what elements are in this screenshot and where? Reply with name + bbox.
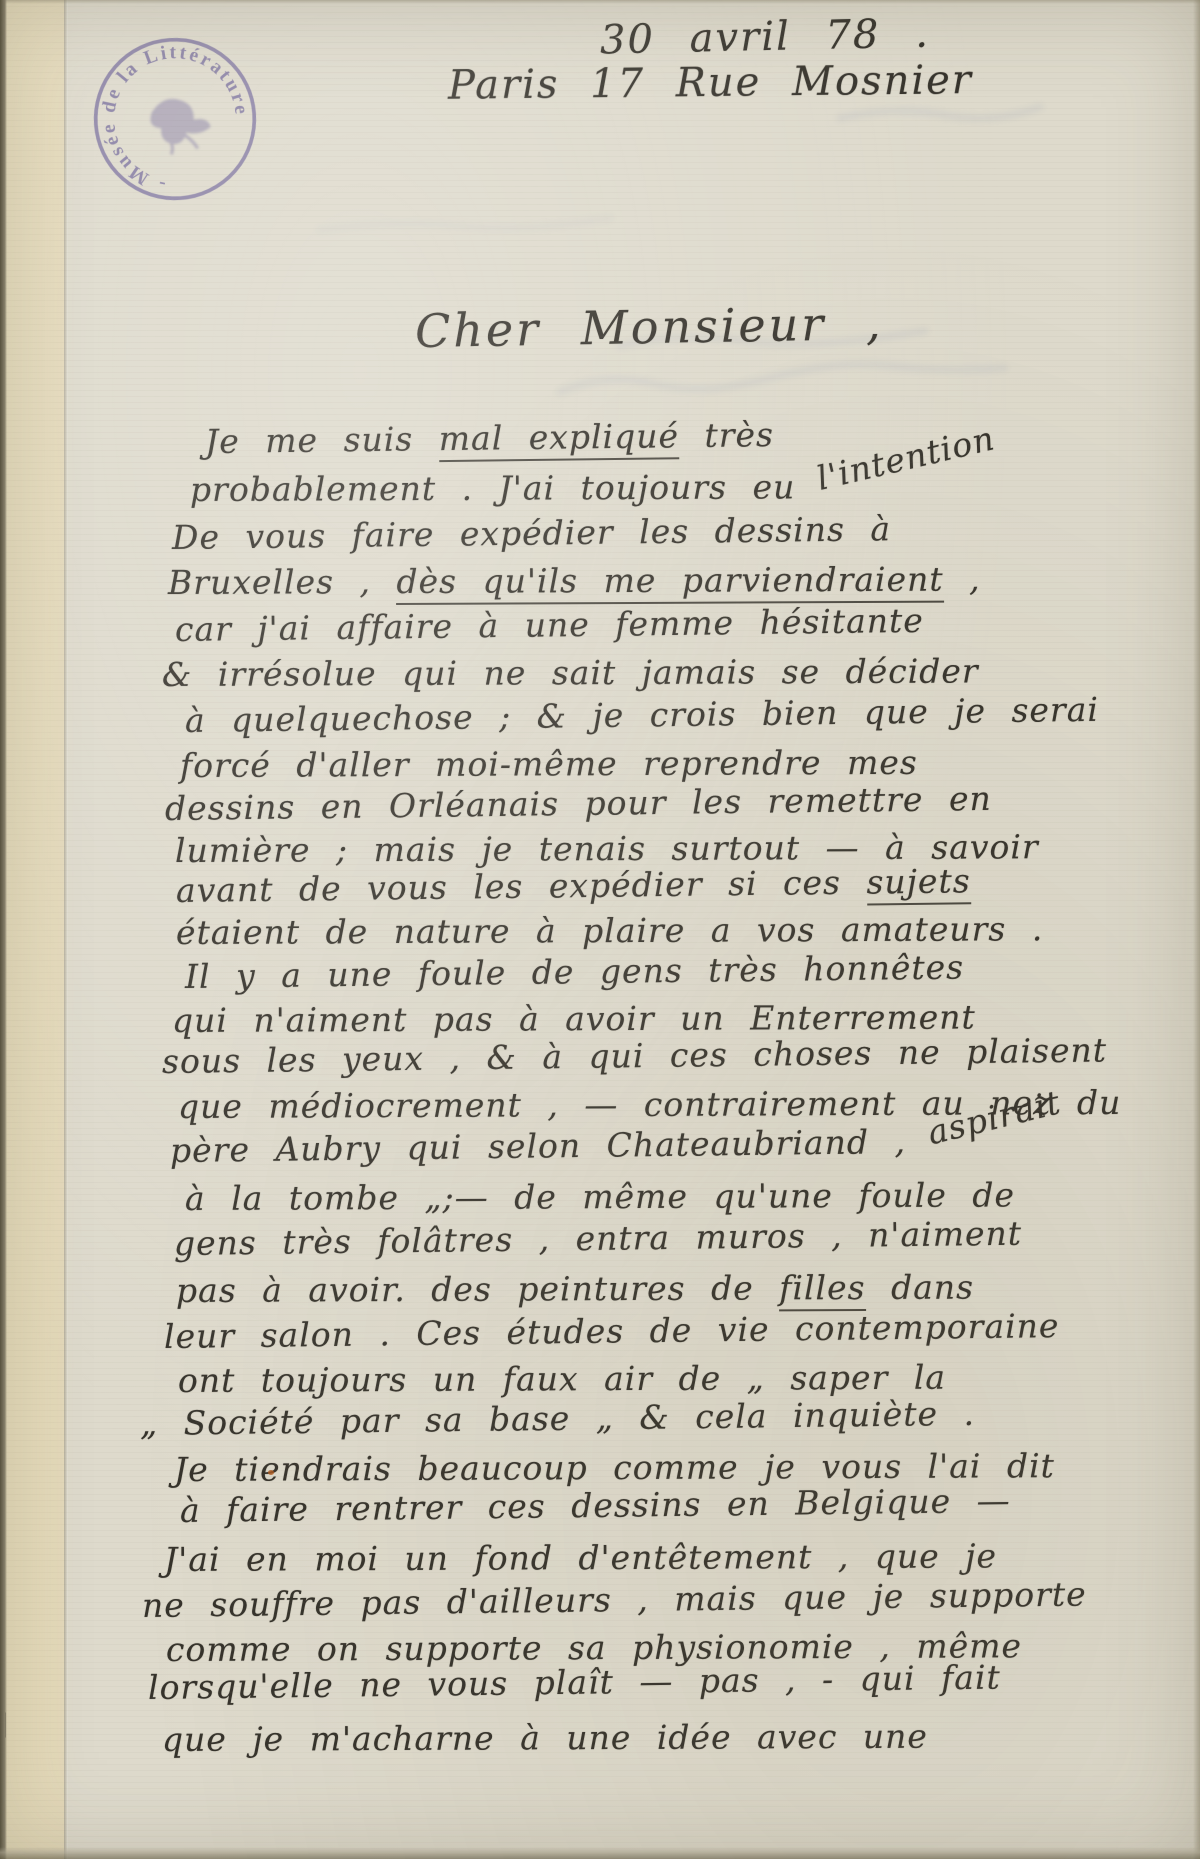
handwritten-text: De vous faire expédier les dessins à <box>172 509 892 557</box>
handwritten-text: pas à avoir. des peintures de <box>176 1268 779 1310</box>
right-edge-shadow <box>1193 0 1200 1859</box>
letter-line: Il y a une foule de gens très honnêtes <box>185 950 965 993</box>
handwritten-text: avant de vous les expédier si ces <box>176 863 867 910</box>
handwritten-text: que je m'acharne à une idée avec une <box>162 1717 928 1759</box>
letter-line: Bruxelles , dès qu'ils me parviendraient… <box>168 562 981 599</box>
handwritten-text: , <box>943 559 980 598</box>
handwritten-text: Bruxelles , <box>168 562 397 602</box>
letter-line: père Aubry qui selon Chateaubriand , asp… <box>170 1123 1067 1167</box>
letter-line: Je me suis mal expliqué très <box>205 418 774 458</box>
letter-line: leur salon . Ces études de vie contempor… <box>164 1309 1060 1353</box>
letter-line: & irrésolue qui ne sait jamais se décide… <box>162 654 979 691</box>
handwritten-text: dessins en Orléanais pour les remettre e… <box>165 779 992 828</box>
letter-line: car j'ai affaire à une femme hésitante <box>175 604 924 646</box>
handwritten-text: père Aubry qui selon Chateaubriand , <box>170 1122 932 1170</box>
letter-line: probablement . J'ai toujours eu l'intent… <box>190 469 1002 506</box>
underlined-text: dès qu'ils me parviendraient <box>396 560 943 605</box>
handwritten-text: dans <box>865 1268 974 1307</box>
underlined-text: sujets <box>866 861 971 905</box>
underlined-text: mal expliqué <box>438 416 679 462</box>
backing-sheet <box>0 0 64 1859</box>
letter-line: à quelquechose ; & je crois bien que je … <box>185 693 1099 737</box>
handwritten-text: „ Société par sa base „ & cela inquiète … <box>140 1394 975 1443</box>
letter-line: pas à avoir. des peintures de filles dan… <box>176 1271 974 1307</box>
address-line: Paris 17 Rue Mosnier <box>448 57 973 108</box>
ink-speck <box>268 1470 274 1475</box>
salutation: Cher Monsieur , <box>415 296 884 358</box>
museum-stamp: - Musée de la Littérature <box>65 9 285 229</box>
letter-scan: - Musée de la Littérature 30 avril 78 . … <box>0 0 1200 1859</box>
handwritten-text: J'ai en moi un fond d'entêtement , que j… <box>164 1536 997 1579</box>
handwritten-text: & irrésolue qui ne sait jamais se décide… <box>162 651 979 694</box>
handwritten-text: ont toujours un faux air de „ saper la <box>178 1358 946 1400</box>
letter-line: ont toujours un faux air de „ saper la <box>178 1361 946 1397</box>
letter-line: à faire rentrer ces dessins en Belgique … <box>180 1484 1011 1527</box>
letter-line: Je tiendrais beaucoup comme je vous l'ai… <box>174 1449 1055 1486</box>
handwritten-text: car j'ai affaire à une femme hésitante <box>175 601 924 649</box>
handwritten-text: à la tombe „;— de même qu'une foule de <box>185 1175 1015 1218</box>
underlined-text: filles <box>779 1268 866 1311</box>
letter-line: sous les yeux , & à qui ces choses ne pl… <box>162 1033 1107 1078</box>
letter-line: „ Société par sa base „ & cela inquiète … <box>140 1397 975 1440</box>
letter-line: forcé d'aller moi-même reprendre mes <box>180 746 918 782</box>
letter-line: J'ai en moi un fond d'entêtement , que j… <box>164 1539 997 1576</box>
handwritten-text: Il y a une foule de gens très honnêtes <box>185 947 965 996</box>
handwritten-text: très <box>679 415 774 455</box>
date-line: 30 avril 78 . <box>600 11 931 64</box>
letter-line: à la tombe „;— de même qu'une foule de <box>185 1178 1015 1215</box>
handwritten-text: Je me suis <box>205 419 439 461</box>
letter-line: dessins en Orléanais pour les remettre e… <box>165 782 992 825</box>
letter-line: De vous faire expédier les dessins à <box>172 512 891 554</box>
handwritten-text: gens très folâtres , entra muros , n'aim… <box>174 1214 1022 1263</box>
handwritten-text: l'intention <box>813 421 997 495</box>
letter-line: avant de vous les expédier si ces sujets <box>176 864 971 907</box>
letter-line: lorsqu'elle ne vous plaît — pas , - qui … <box>148 1661 1001 1704</box>
handwritten-text: probablement . J'ai toujours eu <box>190 467 821 509</box>
stamp-emblem <box>149 96 212 155</box>
letter-line: qui n'aiment pas à avoir un Enterrement <box>172 1000 976 1037</box>
handwritten-text: à quelquechose ; & je crois bien que je … <box>185 690 1099 740</box>
letter-line: gens très folâtres , entra muros , n'aim… <box>174 1217 1022 1260</box>
handwritten-text: leur salon . Ces études de vie contempor… <box>164 1306 1060 1356</box>
top-edge-shadow <box>0 0 1200 4</box>
fold-line <box>64 0 68 1859</box>
left-edge-shadow <box>0 0 7 1859</box>
handwritten-text: forcé d'aller moi-même reprendre mes <box>180 743 918 785</box>
letter-line: étaient de nature à plaire a vos amateur… <box>176 912 1043 949</box>
letter-line: ne souffre pas d'ailleurs , mais que je … <box>142 1577 1087 1622</box>
handwritten-text: étaient de nature à plaire a vos amateur… <box>176 909 1043 952</box>
letter-line: que je m'acharne à une idée avec une <box>162 1720 928 1756</box>
bottom-edge-shadow <box>0 1847 1200 1859</box>
handwritten-text: ne souffre pas d'ailleurs , mais que je … <box>142 1574 1087 1625</box>
